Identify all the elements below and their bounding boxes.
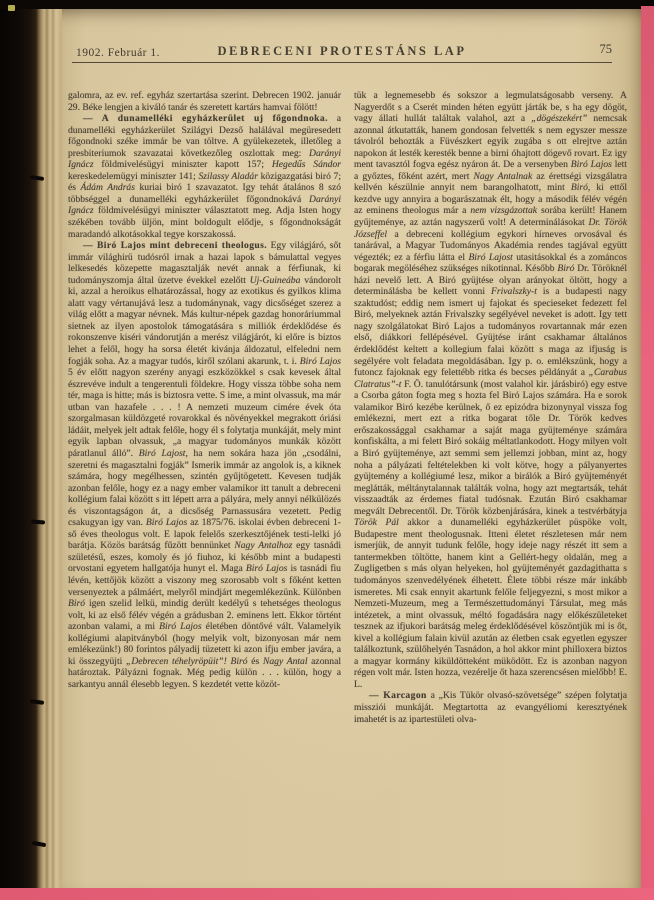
text-run: ha nem sokára haza jön „csodálni, szeret… bbox=[68, 448, 341, 528]
paragraph-lead: — Karcagon bbox=[369, 690, 427, 701]
book-spine bbox=[0, 0, 62, 900]
text-run: Biró Lajos bbox=[246, 563, 288, 574]
photo-right-edge bbox=[641, 6, 654, 900]
text-run: nem vizsgázottak bbox=[470, 205, 537, 216]
text-run: vándorolt ki, azzal a heroikus elhatároz… bbox=[68, 275, 341, 367]
paragraph: — Karcagon a „Kis Tükör olvasó-szövetség… bbox=[354, 690, 627, 725]
text-run: Nagy Antalnak bbox=[473, 171, 532, 182]
photo-top-edge bbox=[0, 0, 654, 9]
text-run: Biró bbox=[557, 263, 574, 274]
text-run: Ádám András bbox=[81, 182, 135, 193]
text-run: Biró Lajos bbox=[146, 517, 187, 528]
text-run: Nagy Antalhoz bbox=[234, 540, 292, 551]
text-run: 5 év előtt nagyon szerény anyagi eszközö… bbox=[68, 367, 341, 459]
text-run: Biró Lajos bbox=[159, 621, 201, 632]
paragraph: — A dunamelléki egyházkerület uj főgondn… bbox=[68, 113, 341, 240]
paragraph: galomra, az ev. ref. egyház szertartása … bbox=[68, 90, 341, 113]
text-run: Biró Lajos bbox=[571, 159, 612, 170]
text-run: Frivalszky-t bbox=[491, 286, 537, 297]
text-run: Szilassy Aladár bbox=[198, 171, 258, 182]
text-run: Biró, bbox=[571, 182, 590, 193]
left-column: galomra, az ev. ref. egyház szertartása … bbox=[68, 90, 341, 725]
text-run: is a budapesti nagy szaktudóst; eddig ne… bbox=[354, 286, 627, 378]
text-run: Biró Lajost, bbox=[139, 448, 188, 459]
text-run: „Debrecen téhelyröpüit”! bbox=[126, 656, 227, 667]
text-run: akkor a dunamelléki egyházkerület püspök… bbox=[354, 517, 627, 690]
page-number: 75 bbox=[600, 42, 613, 57]
newspaper-page: 1902. Február 1. DEBRECENI PROTESTÁNS LA… bbox=[56, 8, 641, 890]
text-run: Uj-Guineába bbox=[250, 275, 301, 286]
text-run: Török Pál bbox=[354, 517, 399, 528]
paragraph: — Biró Lajos mint debreceni theologus. E… bbox=[68, 240, 341, 690]
text-run: és bbox=[248, 656, 263, 667]
text-run: „dögészekért” bbox=[531, 113, 587, 124]
photo-bottom-edge bbox=[0, 888, 654, 900]
text-run: Nagy Antal bbox=[263, 656, 308, 667]
text-run: Biró bbox=[231, 656, 248, 667]
right-column: tük a legnemesebb és sokszor a legmulats… bbox=[354, 90, 627, 725]
page-header: 1902. Február 1. DEBRECENI PROTESTÁNS LA… bbox=[72, 38, 612, 63]
text-run: galomra, az ev. ref. egyház szertartása … bbox=[68, 90, 341, 113]
text-run: kereskedelemügyi miniszter 141; bbox=[68, 171, 198, 182]
paragraph: tük a legnemesebb és sokszor a legmulats… bbox=[354, 90, 627, 690]
text-run: földmivelésügyi miniszter választatott m… bbox=[68, 205, 341, 239]
masthead-title: DEBRECENI PROTESTÁNS LAP bbox=[72, 44, 612, 59]
text-columns: galomra, az ev. ref. egyház szertartása … bbox=[68, 90, 628, 725]
paragraph-lead: — A dunamelléki egyházkerület uj főgondn… bbox=[83, 113, 328, 124]
text-run: Biró bbox=[68, 598, 85, 609]
corner-mark bbox=[8, 5, 15, 11]
text-run: Biró Lajost bbox=[468, 252, 512, 263]
text-run: Biró Lajos bbox=[300, 356, 341, 367]
text-run: F. Ö. tanulótársunk (most valahol kir. j… bbox=[354, 379, 627, 517]
text-run: Hegedűs Sándor bbox=[272, 159, 341, 170]
text-run: földmivelésügyi miniszter kapott 157; bbox=[94, 159, 272, 170]
paragraph-lead: — Biró Lajos mint debreceni theologus. bbox=[83, 240, 267, 251]
